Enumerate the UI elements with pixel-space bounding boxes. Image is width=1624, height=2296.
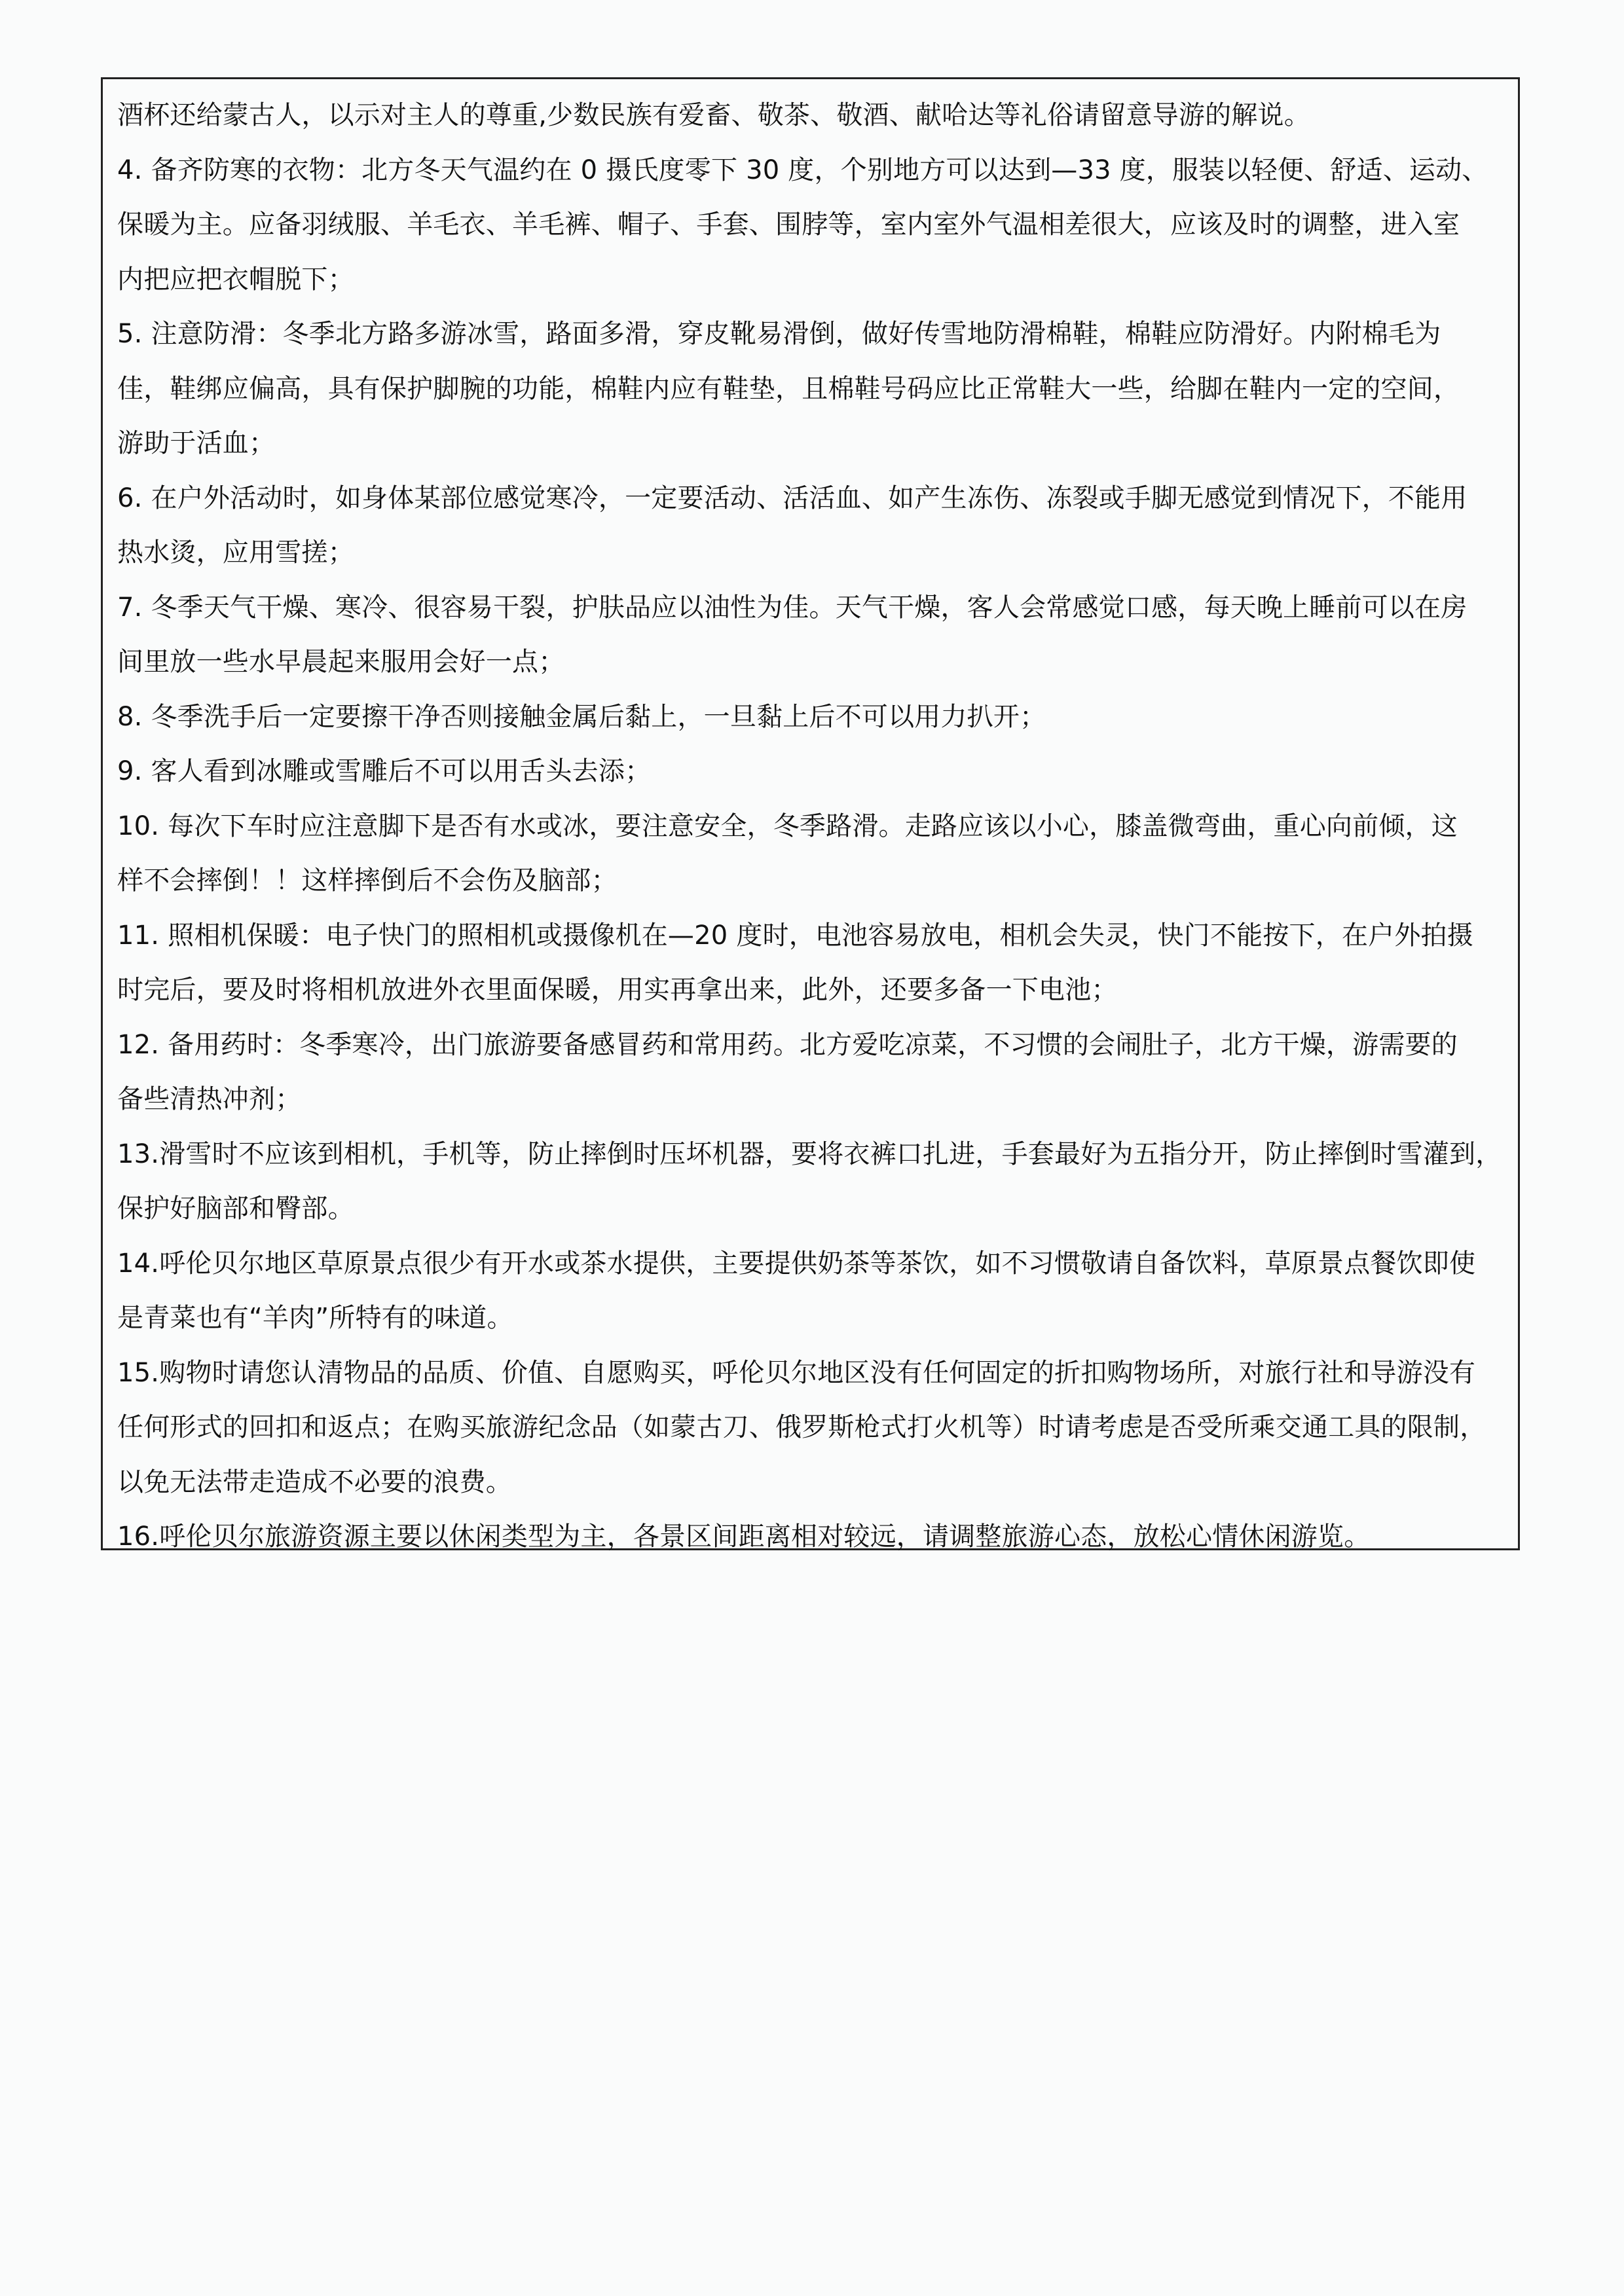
text-line-item15-cont: 任何形式的回扣和返点；在购买旅游纪念品（如蒙古刀、俄罗斯枪式打火机等）时请考虑是… [117, 1400, 1505, 1455]
text-line-item11: 11. 照相机保暖：电子快门的照相机或摄像机在—20 度时，电池容易放电，相机会… [117, 909, 1505, 964]
text-line-item10-cont: 样不会摔倒！！这样摔倒后不会伤及脑部； [117, 854, 1505, 909]
text-line-item5-cont: 游助于活血； [117, 416, 1505, 471]
text-line-item13: 13.滑雪时不应该到相机，手机等，防止摔倒时压坏机器，要将衣裤口扎进，手套最好为… [117, 1127, 1505, 1182]
text-line-item10: 10. 每次下车时应注意脚下是否有水或冰，要注意安全，冬季路滑。走路应该以小心，… [117, 799, 1505, 854]
text-line-item14: 14.呼伦贝尔地区草原景点很少有开水或茶水提供，主要提供奶茶等茶饮，如不习惯敬请… [117, 1237, 1505, 1292]
text-line-item16: 16.呼伦贝尔旅游资源主要以休闲类型为主，各景区间距离相对较远，请调整旅游心态，… [117, 1510, 1505, 1565]
text-line-item4-cont: 内把应把衣帽脱下； [117, 253, 1505, 308]
text-line-item7-cont: 间里放一些水早晨起来服用会好一点； [117, 635, 1505, 690]
notice-box: 酒杯还给蒙古人，以示对主人的尊重,少数民族有爱畜、敬茶、敬酒、献哈达等礼俗请留意… [101, 77, 1520, 1550]
text-line-item3-cont: 酒杯还给蒙古人，以示对主人的尊重,少数民族有爱畜、敬茶、敬酒、献哈达等礼俗请留意… [117, 88, 1505, 143]
text-line-item6: 6. 在户外活动时，如身体某部位感觉寒冷，一定要活动、活活血、如产生冻伤、冻裂或… [117, 471, 1505, 526]
text-line-item9: 9. 客人看到冰雕或雪雕后不可以用舌头去添； [117, 744, 1505, 799]
text-line-item12-cont: 备些清热冲剂； [117, 1072, 1505, 1127]
text-line-item5: 5. 注意防滑：冬季北方路多游冰雪，路面多滑，穿皮靴易滑倒，做好传雪地防滑棉鞋，… [117, 307, 1505, 362]
text-line-item11-cont: 时完后，要及时将相机放进外衣里面保暖，用实再拿出来，此外，还要多备一下电池； [117, 963, 1505, 1018]
text-line-item15-cont: 以免无法带走造成不必要的浪费。 [117, 1455, 1505, 1510]
text-line-item12: 12. 备用药时：冬季寒冷，出门旅游要备感冒药和常用药。北方爱吃凉菜，不习惯的会… [117, 1018, 1505, 1073]
text-line-item15: 15.购物时请您认清物品的品质、价值、自愿购买，呼伦贝尔地区没有任何固定的折扣购… [117, 1346, 1505, 1401]
text-line-item4: 4. 备齐防寒的衣物：北方冬天气温约在 0 摄氏度零下 30 度，个别地方可以达… [117, 143, 1505, 198]
text-line-item6-cont: 热水烫，应用雪搓； [117, 526, 1505, 581]
text-line-item5-cont: 佳，鞋绑应偏高，具有保护脚腕的功能，棉鞋内应有鞋垫，且棉鞋号码应比正常鞋大一些，… [117, 362, 1505, 417]
text-line-item14-cont: 是青菜也有“羊肉”所特有的味道。 [117, 1291, 1505, 1346]
text-line-item13-cont: 保护好脑部和臀部。 [117, 1182, 1505, 1237]
text-line-item7: 7. 冬季天气干燥、寒冷、很容易干裂，护肤品应以油性为佳。天气干燥，客人会常感觉… [117, 581, 1505, 636]
text-line-item4-cont: 保暖为主。应备羽绒服、羊毛衣、羊毛裤、帽子、手套、围脖等，室内室外气温相差很大，… [117, 198, 1505, 253]
text-line-item8: 8. 冬季洗手后一定要擦干净否则接触金属后黏上，一旦黏上后不可以用力扒开； [117, 690, 1505, 745]
